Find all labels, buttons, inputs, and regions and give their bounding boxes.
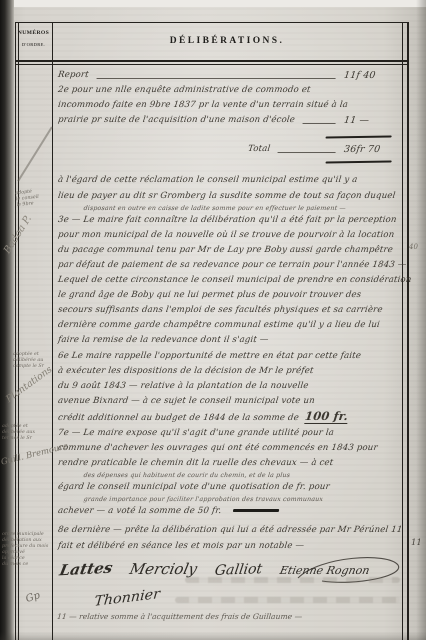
handwritten-line: le grand âge de Boby qui ne lui permet p… <box>57 288 401 303</box>
handwritten-line: achever — a voté la somme de 50 fr. <box>57 504 401 519</box>
handwritten-line: rendre praticable le chemin dit la ruell… <box>57 456 401 471</box>
handwritten-line: commune d'achever les ouvrages qui ont é… <box>57 441 401 456</box>
handwritten-line: à exécuter les dispositions de la décisi… <box>57 364 401 379</box>
deliberations-title: DÉLIBÉRATIONS. <box>52 36 402 46</box>
column-divider <box>52 22 53 640</box>
handwritten-line: faire la remise de la redevance dont il … <box>57 333 401 348</box>
handwritten-line: 3e — Le maire fait connaître la délibéra… <box>57 213 401 228</box>
handwritten-line: du 9 août 1843 — relative à la plantatio… <box>57 379 401 394</box>
ordre-label: D'ORDRE. <box>15 42 52 47</box>
handwritten-line: incommodo faite en 9bre 1837 pr la vente… <box>57 98 401 113</box>
page-bottom-edge <box>0 632 426 640</box>
handwritten-line: à l'égard de cette réclamation le consei… <box>57 173 401 188</box>
handwritten-line: dernière comme garde champêtre communal … <box>57 318 401 333</box>
margin-note: adoptéle conseille 9bre <box>15 189 40 209</box>
table-right-border-inner <box>402 22 403 640</box>
signature-flourish <box>292 552 410 592</box>
handwritten-line <box>57 132 400 142</box>
edge-mark: 40 <box>409 243 418 251</box>
handwritten-line: par défaut de paiement de sa redevance p… <box>57 258 401 273</box>
table-right-border <box>407 22 409 640</box>
handwritten-line: 2e pour une nlle enquête administrative … <box>57 83 401 98</box>
handwritten-line: du pacage communal tenu par Mr de Lay pr… <box>57 243 401 258</box>
footnote-line: 11 — relative somme à l'acquittement des… <box>57 612 408 621</box>
edge-mark: 11 <box>411 538 422 548</box>
margin-note: adoptée etdélibérée auxtermes le Sr <box>2 424 35 442</box>
handwritten-line: avenue Bixnard — à ce sujet le conseil m… <box>57 394 401 409</box>
scanned-register-page: NUMÉROS D'ORDRE. DÉLIBÉRATIONS. Report11… <box>0 0 426 640</box>
handwritten-line <box>57 157 400 167</box>
margin-note: ordre municipaledélibération auxpréfectu… <box>2 532 48 568</box>
handwritten-line: grande importance pour faciliter l'appro… <box>57 495 400 504</box>
handwritten-line: Report11f 40 <box>57 68 401 83</box>
handwritten-line: des dépenses qui habituent de courir du … <box>57 471 400 480</box>
signature: Lattes <box>58 559 114 580</box>
header-underline-thick <box>15 60 408 62</box>
handwritten-line: prairie pr suite de l'acquisition d'une … <box>57 113 401 128</box>
ink-bleedthrough <box>175 597 400 603</box>
handwritten-line: secours suffisants dans l'emploi de ses … <box>57 303 401 318</box>
ink-bleedthrough <box>185 577 400 583</box>
signature: Mercioly <box>128 560 199 578</box>
handwritten-line: lieu de payer au dit sr Gromberg la susd… <box>57 189 401 204</box>
table-top-border <box>15 22 408 23</box>
handwritten-line: égard le conseil municipal vote d'une qu… <box>57 480 401 495</box>
numeros-label: NUMÉROS <box>15 30 52 36</box>
handwritten-line: 6e Le maire rappelle l'opportunité de me… <box>57 349 401 364</box>
handwritten-line: Lequel de cette circonstance le conseil … <box>57 273 401 288</box>
handwritten-line: disposant en outre en caisse de ladite s… <box>57 204 400 213</box>
handwritten-line: 7e — Le maire expose qu'il s'agit d'une … <box>57 426 401 441</box>
handwritten-line: crédit additionnel au budget de 1844 de … <box>57 409 401 426</box>
margin-note: adoptée etdélibérée aucompte le Sr <box>13 352 44 370</box>
handwritten-line: Total36fr 70 <box>57 142 401 157</box>
numeros-column-header: NUMÉROS D'ORDRE. <box>15 30 52 47</box>
page-top-edge <box>0 0 426 7</box>
header-underline-thin <box>15 64 408 65</box>
handwritten-line: pour mon municipal de la nouvelle où il … <box>57 228 401 243</box>
handwritten-line: 8e dernière — prête la délibération qui … <box>57 523 401 538</box>
handwritten-body: Report11f 402e pour une nlle enquête adm… <box>57 68 399 554</box>
